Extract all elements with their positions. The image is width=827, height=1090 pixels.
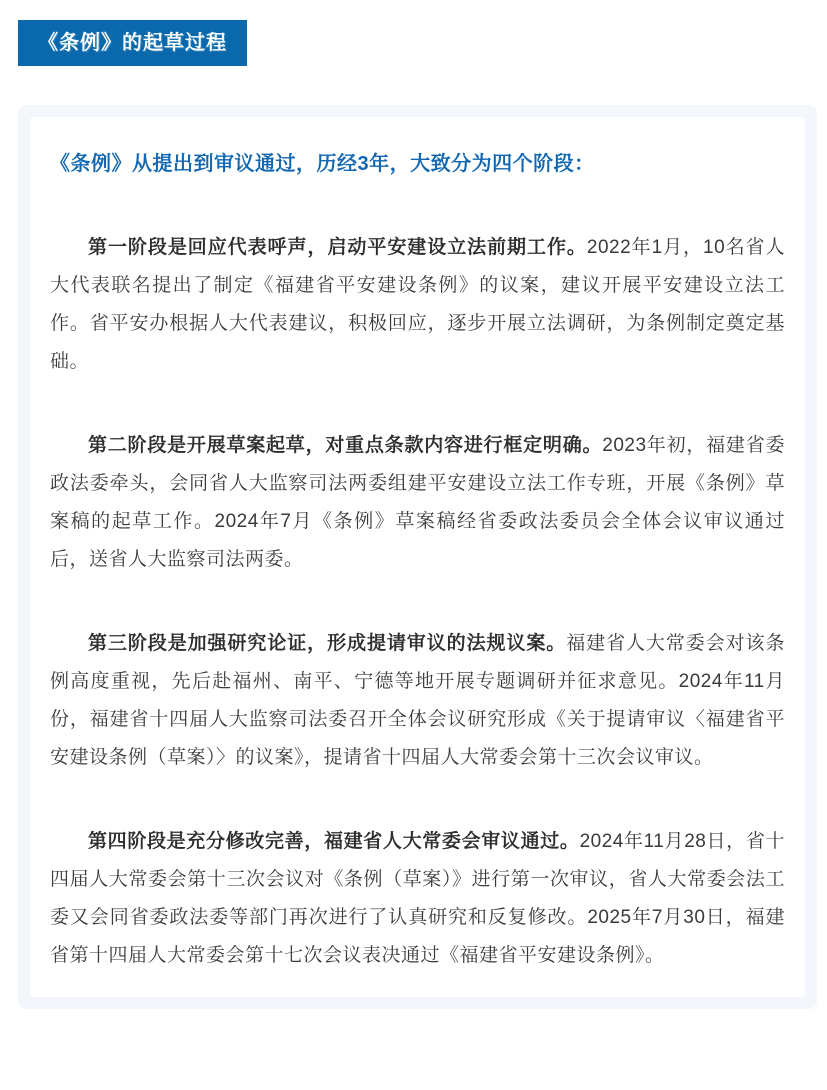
content-card: 《条例》从提出到审议通过，历经3年，大致分为四个阶段： 第一阶段是回应代表呼声，… [30,117,805,997]
paragraph-stage-2: 第二阶段是开展草案起草，对重点条款内容进行框定明确。2023年初，福建省委政法委… [50,427,785,579]
intro-line: 《条例》从提出到审议通过，历经3年，大致分为四个阶段： [50,145,785,183]
stage-4-lead: 第四阶段是充分修改完善，福建省人大常委会审议通过。 [88,831,580,852]
paragraph-stage-3: 第三阶段是加强研究论证，形成提请审议的法规议案。福建省人大常委会对该条例高度重视… [50,625,785,777]
stage-2-lead: 第二阶段是开展草案起草，对重点条款内容进行框定明确。 [88,435,602,456]
article-page: 《条例》的起草过程 《条例》从提出到审议通过，历经3年，大致分为四个阶段： 第一… [0,0,827,1090]
stage-3-lead: 第三阶段是加强研究论证，形成提请审议的法规议案。 [88,633,566,654]
stage-1-lead: 第一阶段是回应代表呼声，启动平安建设立法前期工作。 [88,237,587,258]
paragraph-stage-4: 第四阶段是充分修改完善，福建省人大常委会审议通过。2024年11月28日，省十四… [50,823,785,975]
content-panel: 《条例》从提出到审议通过，历经3年，大致分为四个阶段： 第一阶段是回应代表呼声，… [18,105,817,1009]
section-title-badge: 《条例》的起草过程 [18,20,247,66]
paragraph-stage-1: 第一阶段是回应代表呼声，启动平安建设立法前期工作。2022年1月，10名省人大代… [50,229,785,381]
